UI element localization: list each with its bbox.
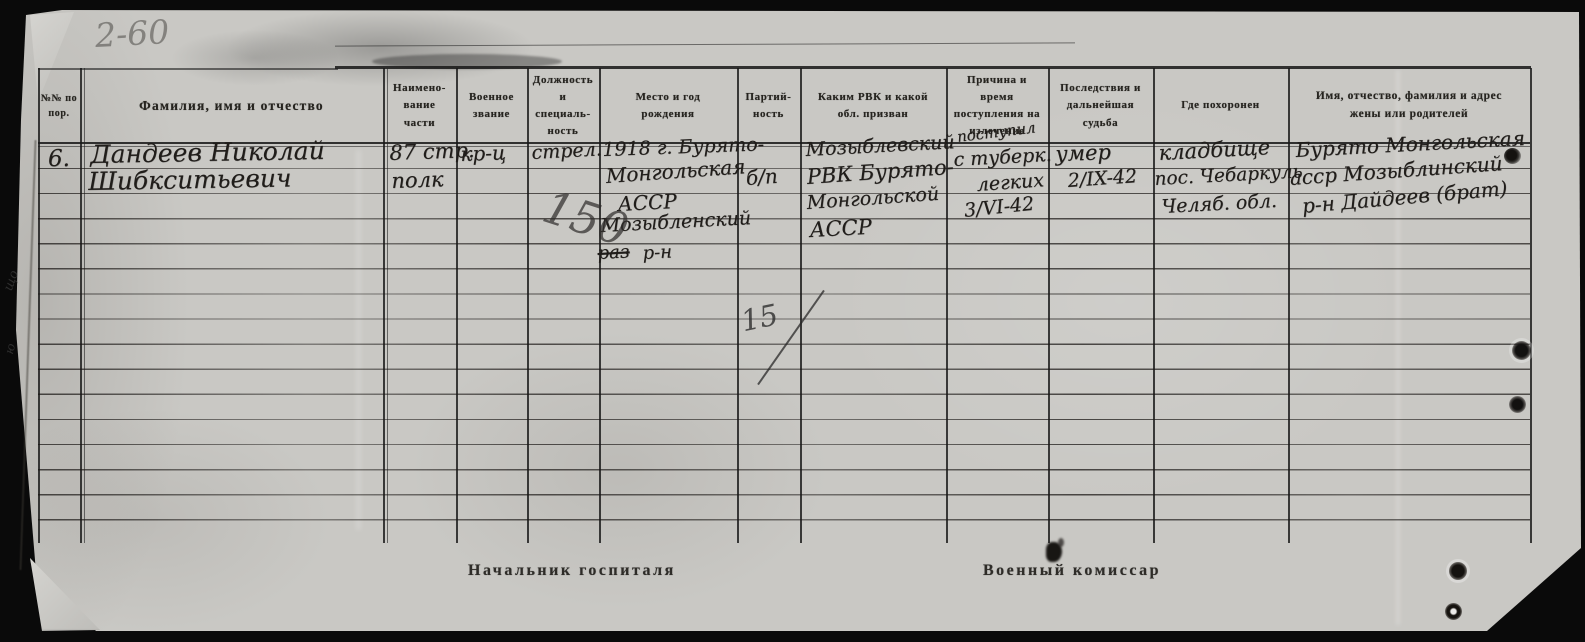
col-header-burial: Где похоронен [1153, 70, 1288, 142]
col-header-full-name: Фамилия, имя и отчество [80, 70, 383, 142]
hole-right-edge-2 [1509, 396, 1526, 413]
cell-unit-line2: полк [391, 167, 444, 193]
cell-rank: кр-ц [460, 140, 506, 166]
col-header-outcome: Последствия и дальнейшая судьба [1048, 70, 1153, 142]
table-vertical-line [1530, 68, 1532, 543]
cell-outcome-line1: умер [1055, 140, 1111, 166]
signature-hospital-chief: Начальник госпиталя [468, 562, 676, 580]
cell-admission-line2: легких [976, 169, 1045, 196]
col-header-number: №№ по пор. [38, 70, 80, 142]
scanned-document: №№ по пор. Фамилия, имя и отчество Наиме… [0, 0, 1585, 642]
signature-military-commissar: Военный комиссар [983, 562, 1161, 580]
ink-blot-footer-tail [1058, 538, 1064, 547]
cell-drafted-line4: АССР [809, 215, 872, 242]
margin-mark-2: ю [2, 342, 18, 356]
pencil-note-top-left: 2-60 [94, 12, 170, 55]
col-header-specialty: Должность и специаль- ность [527, 70, 599, 142]
cell-name-line2: Шибкситьевич [88, 163, 292, 196]
hole-relatives-cell [1504, 148, 1521, 164]
col-header-party: Партий- ность [737, 70, 800, 142]
top-border-ink-smudge [372, 54, 562, 69]
hole-bottom-right-1 [1449, 562, 1467, 580]
col-header-rank: Военное звание [456, 70, 527, 142]
cell-birthplace-line5: р-н [642, 241, 673, 264]
col-header-drafted-by: Каким РВК и какой обл. призван [800, 70, 946, 142]
cell-row-number: 6. [48, 146, 70, 172]
col-header-unit: Наимено- вание части [383, 70, 456, 142]
cell-specialty: стрел. [531, 138, 602, 164]
col-header-birthplace: Место и год рождения [599, 70, 737, 142]
hole-bottom-right-2 [1445, 603, 1462, 620]
cell-party: б/п [745, 164, 778, 190]
hole-right-edge-1 [1512, 341, 1531, 360]
